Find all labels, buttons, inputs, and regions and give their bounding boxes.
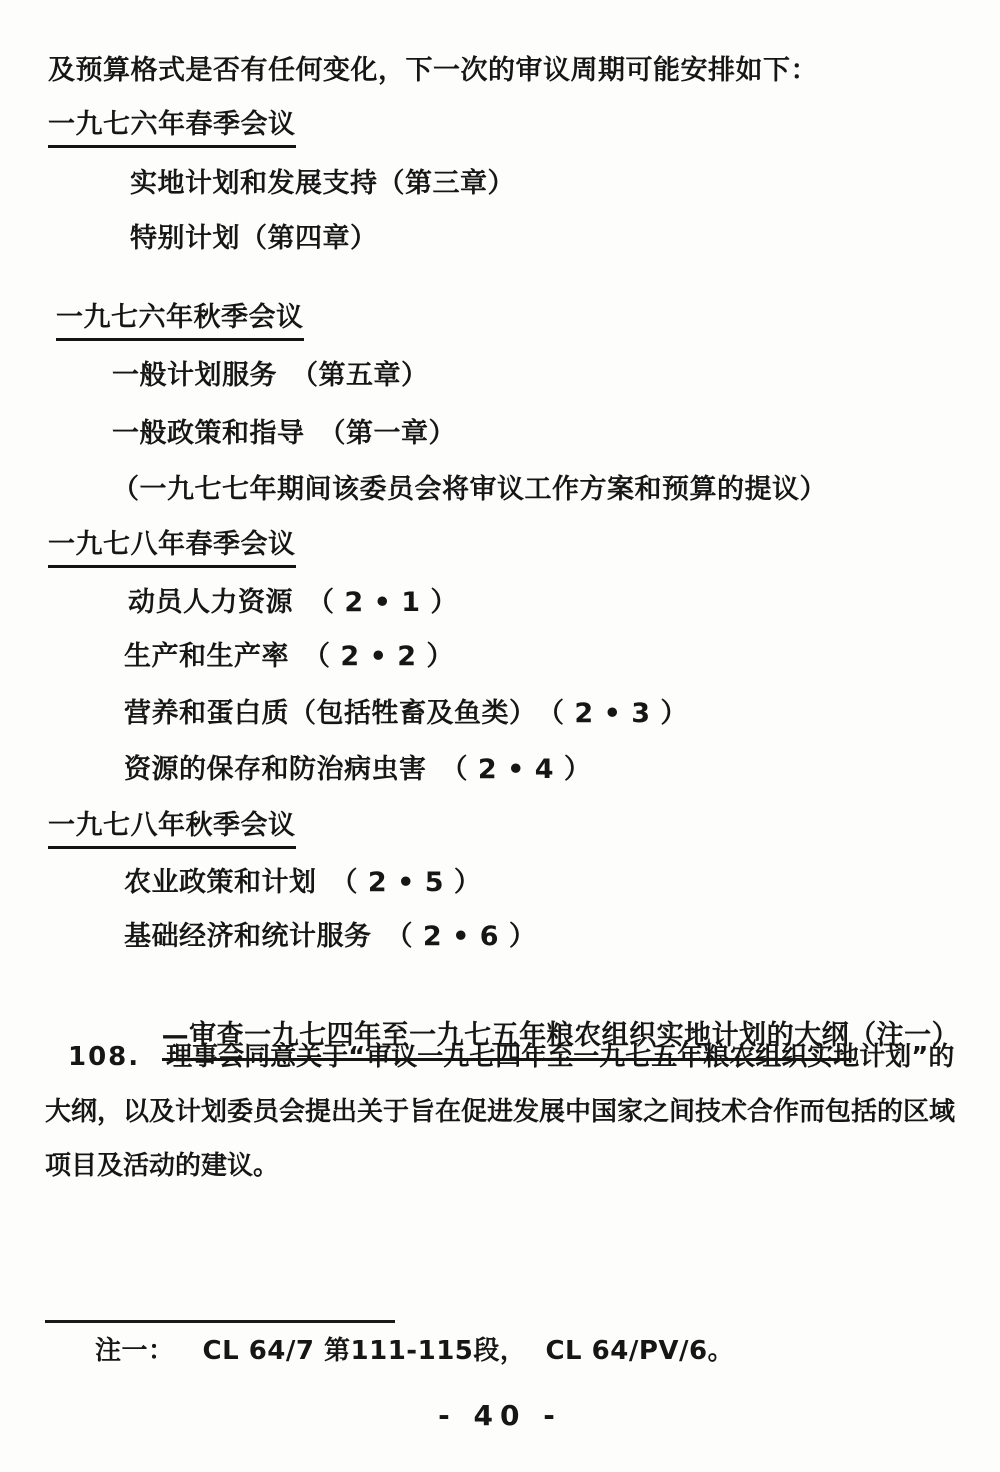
page-number: - 40 - xyxy=(0,1398,1000,1434)
agenda-item: （一九七七年期间该委员会将审议工作方案和预算的提议） xyxy=(112,472,827,508)
agenda-item: 营养和蛋白质（包括牲畜及鱼类） （ 2 • 3 ） xyxy=(124,696,688,732)
document-page: 及预算格式是否有任何变化，下一次的审议周期可能安排如下： 一九七六年春季会议 实… xyxy=(0,0,1000,1472)
agenda-item: 资源的保存和防治病虫害 （ 2 • 4 ） xyxy=(124,752,591,788)
heading-1976-autumn-session: 一九七六年秋季会议 xyxy=(56,301,304,341)
agenda-item: 特别计划（第四章） xyxy=(130,221,378,257)
paragraph-108-line-1: 108.理事会同意关于“审议一九七四年至一九七五年粮农组织实地计划”的 xyxy=(68,1039,954,1075)
agenda-item: 一般计划服务 （第五章） xyxy=(112,358,429,394)
agenda-item: 动员人力资源 （ 2 • 1 ） xyxy=(128,585,458,621)
agenda-item: 农业政策和计划 （ 2 • 5 ） xyxy=(124,865,481,901)
footnote-separator xyxy=(45,1320,395,1323)
paragraph-108-line-3: 项目及活动的建议。 xyxy=(45,1148,279,1184)
paragraph-text-line-1: 理事会同意关于“审议一九七四年至一九七五年粮农组织实地计划”的 xyxy=(166,1042,954,1072)
intro-line: 及预算格式是否有任何变化，下一次的审议周期可能安排如下： xyxy=(48,53,818,89)
footnote: 注一：CL 64/7 第111-115段， CL 64/PV/6。 xyxy=(95,1333,734,1369)
agenda-item: 基础经济和统计服务 （ 2 • 6 ） xyxy=(124,919,536,955)
agenda-item: 实地计划和发展支持（第三章） xyxy=(130,166,515,202)
paragraph-number: 108. xyxy=(68,1042,140,1072)
footnote-text: CL 64/7 第111-115段， CL 64/PV/6。 xyxy=(203,1336,735,1366)
heading-1976-spring-session: 一九七六年春季会议 xyxy=(48,108,296,148)
heading-1978-spring-session: 一九七八年春季会议 xyxy=(48,528,296,568)
agenda-item: 一般政策和指导 （第一章） xyxy=(112,416,456,452)
agenda-item: 生产和生产率 （ 2 • 2 ） xyxy=(124,639,454,675)
footnote-label: 注一： xyxy=(95,1336,175,1366)
heading-1978-autumn-session: 一九七八年秋季会议 xyxy=(48,809,296,849)
paragraph-108-line-2: 大纲，以及计划委员会提出关于旨在促进发展中国家之间技术合作而包括的区域 xyxy=(45,1094,955,1130)
